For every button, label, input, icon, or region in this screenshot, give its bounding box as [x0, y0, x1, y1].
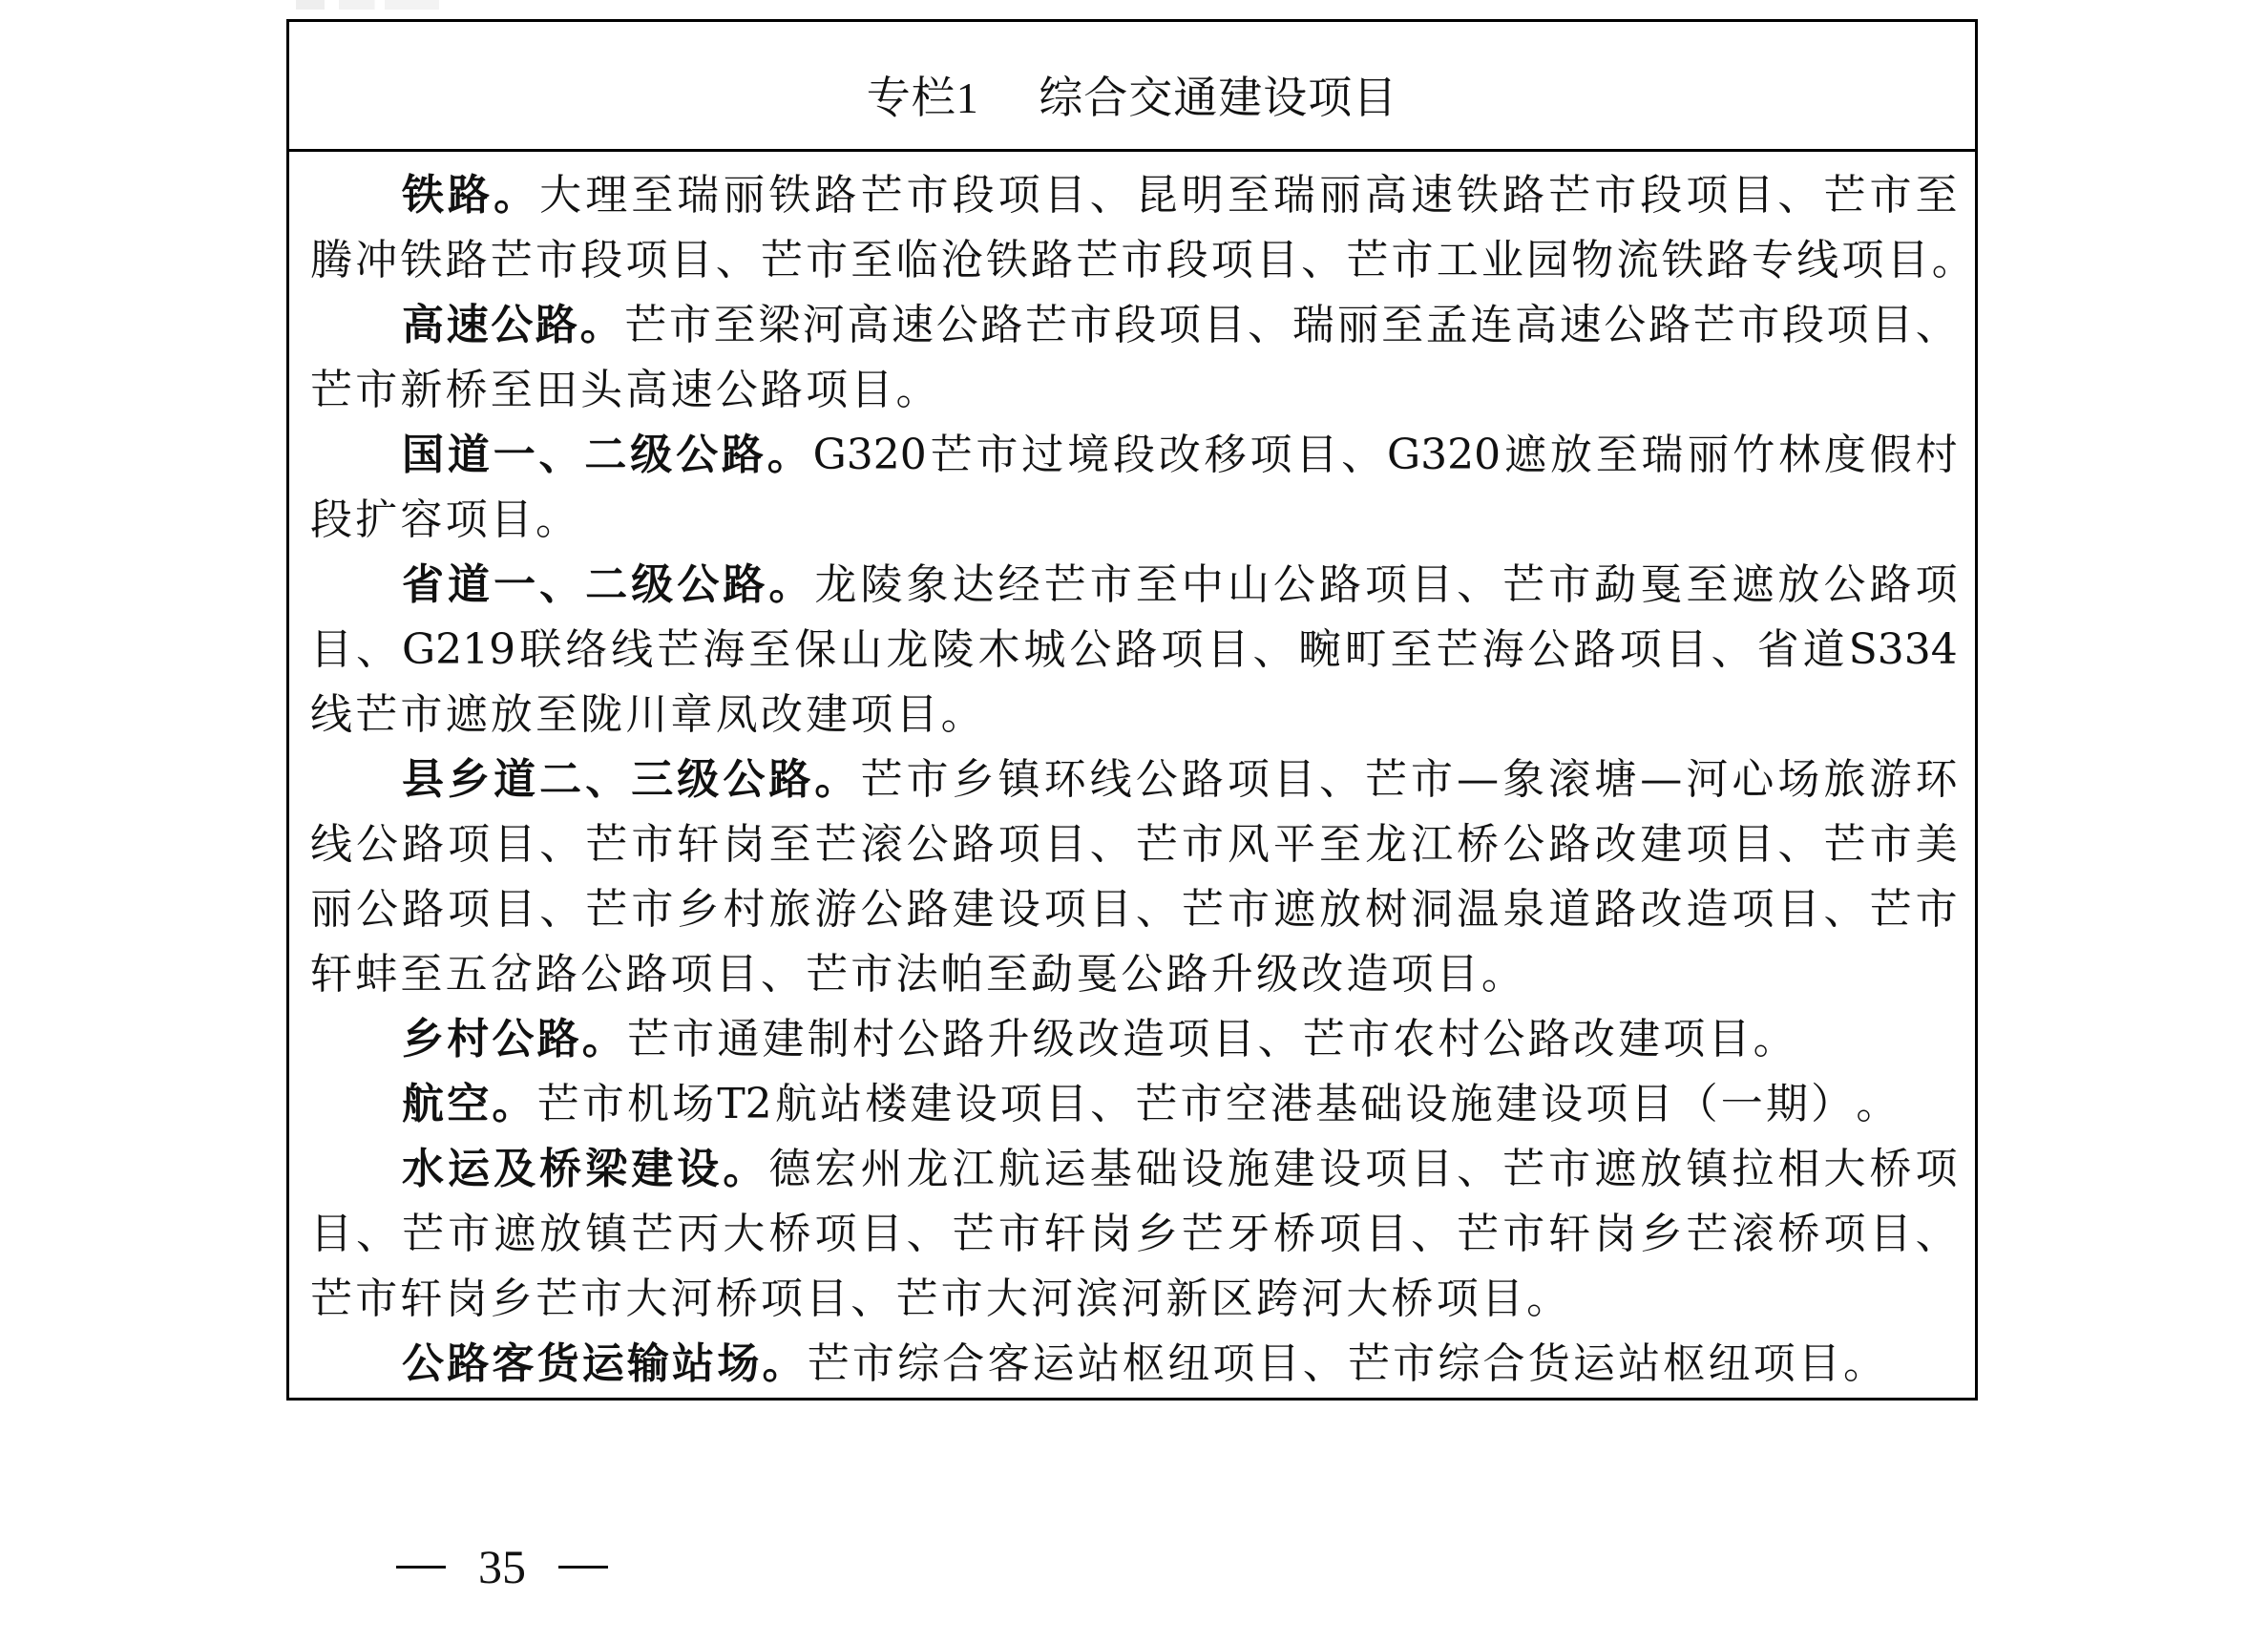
paragraph-line-first: 国道一、二级公路。G320芒市过境段改移项目、G320遮放至瑞丽竹林度假村 — [310, 423, 1958, 488]
page-dash-left — [396, 1566, 446, 1569]
paragraph-line: 目、G219联络线芒海至保山龙陵木城公路项目、畹町至芒海公路项目、省道S334 — [310, 618, 1958, 683]
column-box-body: 铁路。大理至瑞丽铁路芒市段项目、昆明至瑞丽高速铁路芒市段项目、芒市至腾冲铁路芒市… — [310, 163, 1958, 1397]
paragraph-line: 段扩容项目。 — [310, 488, 1958, 553]
column-box: 专栏1 综合交通建设项目 铁路。大理至瑞丽铁路芒市段项目、昆明至瑞丽高速铁路芒市… — [286, 19, 1978, 1401]
paragraph-line-first: 航空。芒市机场T2航站楼建设项目、芒市空港基础设施建设项目（一期）。 — [310, 1072, 1958, 1137]
paragraph-line-first: 水运及桥梁建设。德宏州龙江航运基础设施建设项目、芒市遮放镇拉相大桥项 — [310, 1137, 1958, 1202]
paragraph-line: 芒市新桥至田头高速公路项目。 — [310, 358, 1958, 423]
paragraph-line-first: 县乡道二、三级公路。芒市乡镇环线公路项目、芒市—象滚塘—河心场旅游环 — [310, 748, 1958, 812]
column-title: 专栏1 综合交通建设项目 — [867, 63, 1398, 126]
paragraph-line: 线公路项目、芒市轩岗至芒滚公路项目、芒市风平至龙江桥公路改建项目、芒市美 — [310, 812, 1958, 877]
page-number: 35 — [478, 1539, 526, 1594]
paragraph-line-first: 高速公路。芒市至梁河高速公路芒市段项目、瑞丽至孟连高速公路芒市段项目、 — [310, 293, 1958, 358]
bleed-through-mark — [296, 0, 439, 10]
column-title-label: 专栏 — [867, 72, 956, 123]
paragraph-line: 目、芒市遮放镇芒丙大桥项目、芒市轩岗乡芒牙桥项目、芒市轩岗乡芒滚桥项目、 — [310, 1202, 1958, 1267]
paragraph-line-first: 铁路。大理至瑞丽铁路芒市段项目、昆明至瑞丽高速铁路芒市段项目、芒市至 — [310, 163, 1958, 228]
column-title-text: 综合交通建设项目 — [1039, 72, 1397, 123]
paragraph-line-first: 省道一、二级公路。龙陵象达经芒市至中山公路项目、芒市勐戛至遮放公路项 — [310, 553, 1958, 618]
column-title-number: 1 — [956, 74, 979, 122]
paragraph-line: 腾冲铁路芒市段项目、芒市至临沧铁路芒市段项目、芒市工业园物流铁路专线项目。 — [310, 228, 1958, 293]
page-dash-right — [558, 1566, 608, 1569]
paragraph-line-first: 公路客货运输站场。芒市综合客运站枢纽项目、芒市综合货运站枢纽项目。 — [310, 1332, 1958, 1397]
column-box-header: 专栏1 综合交通建设项目 — [289, 22, 1975, 152]
page-footer: 35 — [396, 1539, 608, 1594]
paragraph-line-first: 乡村公路。芒市通建制村公路升级改造项目、芒市农村公路改建项目。 — [310, 1007, 1958, 1072]
paragraph-line: 芒市轩岗乡芒市大河桥项目、芒市大河滨河新区跨河大桥项目。 — [310, 1267, 1958, 1332]
paragraph-line: 线芒市遮放至陇川章凤改建项目。 — [310, 683, 1958, 748]
paragraph-line: 丽公路项目、芒市乡村旅游公路建设项目、芒市遮放树洞温泉道路改造项目、芒市 — [310, 877, 1958, 942]
paragraph-line: 轩蚌至五岔路公路项目、芒市法帕至勐戛公路升级改造项目。 — [310, 942, 1958, 1007]
